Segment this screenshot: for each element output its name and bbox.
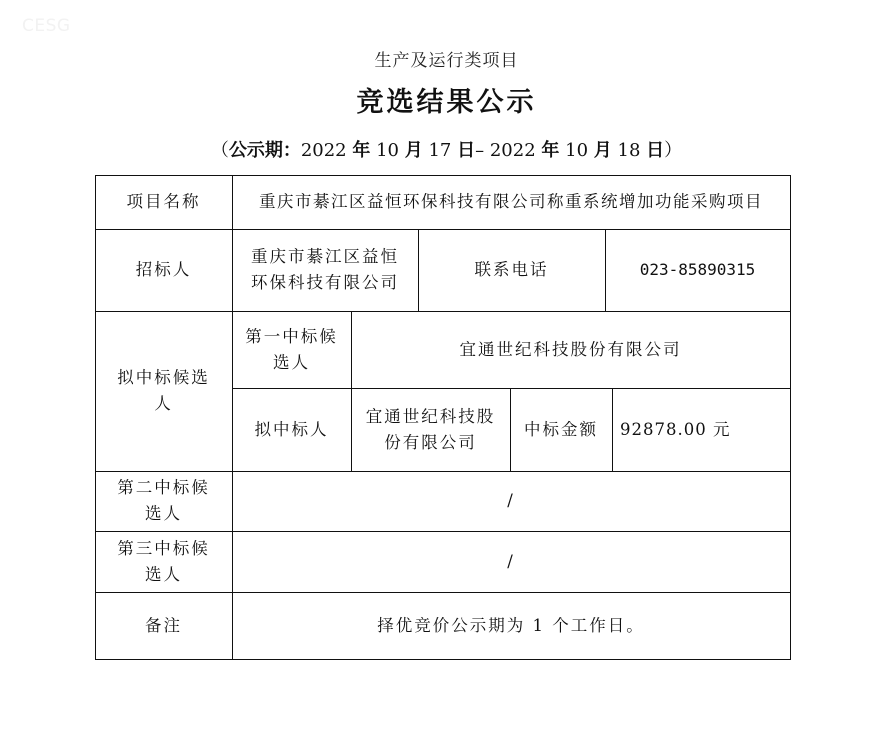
second-candidate-value: / (232, 471, 790, 531)
second-candidate-label: 第二中标候选人 (95, 471, 232, 531)
proposed-winner-value: 宜通世纪科技股份有限公司 (351, 388, 510, 471)
tenderer-value: 重庆市綦江区益恒环保科技有限公司 (232, 229, 418, 311)
document-title: 竞选结果公示 (0, 80, 893, 119)
third-candidate-label: 第三中标候选人 (95, 531, 232, 592)
document-subtitle: 生产及运行类项目 (0, 46, 893, 71)
proposed-candidates-label: 拟中标候选人 (95, 311, 232, 471)
period-year-char: 年 (352, 140, 370, 161)
publicity-period: （公示期：2022 年 10 月 17 日– 2022 年 10 月 18 日） (0, 136, 893, 162)
project-name-label: 项目名称 (95, 175, 232, 229)
period-day-char-2: 日 (646, 140, 664, 161)
contact-phone-label: 联系电话 (418, 229, 605, 311)
table-border-right (790, 175, 791, 660)
period-day-char: 日 (457, 140, 475, 161)
first-candidate-label: 第一中标候选人 (232, 311, 351, 388)
proposed-winner-label: 拟中标人 (232, 388, 351, 471)
bid-amount-label: 中标金额 (510, 388, 612, 471)
period-dash: – (475, 140, 490, 161)
remarks-value: 择优竞价公示期为 1 个工作日。 (232, 592, 790, 660)
period-end-year: 2022 (490, 140, 536, 161)
period-label: 公示期： (229, 140, 301, 161)
remarks-label: 备注 (95, 592, 232, 660)
period-month-char-2: 月 (594, 140, 612, 161)
period-start-year: 2022 (301, 140, 347, 161)
project-name-value: 重庆市綦江区益恒环保科技有限公司称重系统增加功能采购项目 (232, 175, 790, 229)
third-candidate-value: / (232, 531, 790, 592)
period-close-paren: ） (664, 140, 682, 161)
period-year-char-2: 年 (541, 140, 559, 161)
period-end-day: 18 (618, 140, 641, 161)
first-candidate-value: 宜通世纪科技股份有限公司 (351, 311, 790, 388)
period-start-day: 17 (428, 140, 451, 161)
period-start-month: 10 (376, 140, 399, 161)
period-open-paren: （ (211, 140, 229, 161)
tenderer-label: 招标人 (95, 229, 232, 311)
bid-amount-value: 92878.00 元 (612, 388, 790, 471)
watermark: CESG (22, 16, 71, 36)
contact-phone-value: 023-85890315 (605, 229, 790, 311)
period-end-month: 10 (565, 140, 588, 161)
period-month-char: 月 (405, 140, 423, 161)
